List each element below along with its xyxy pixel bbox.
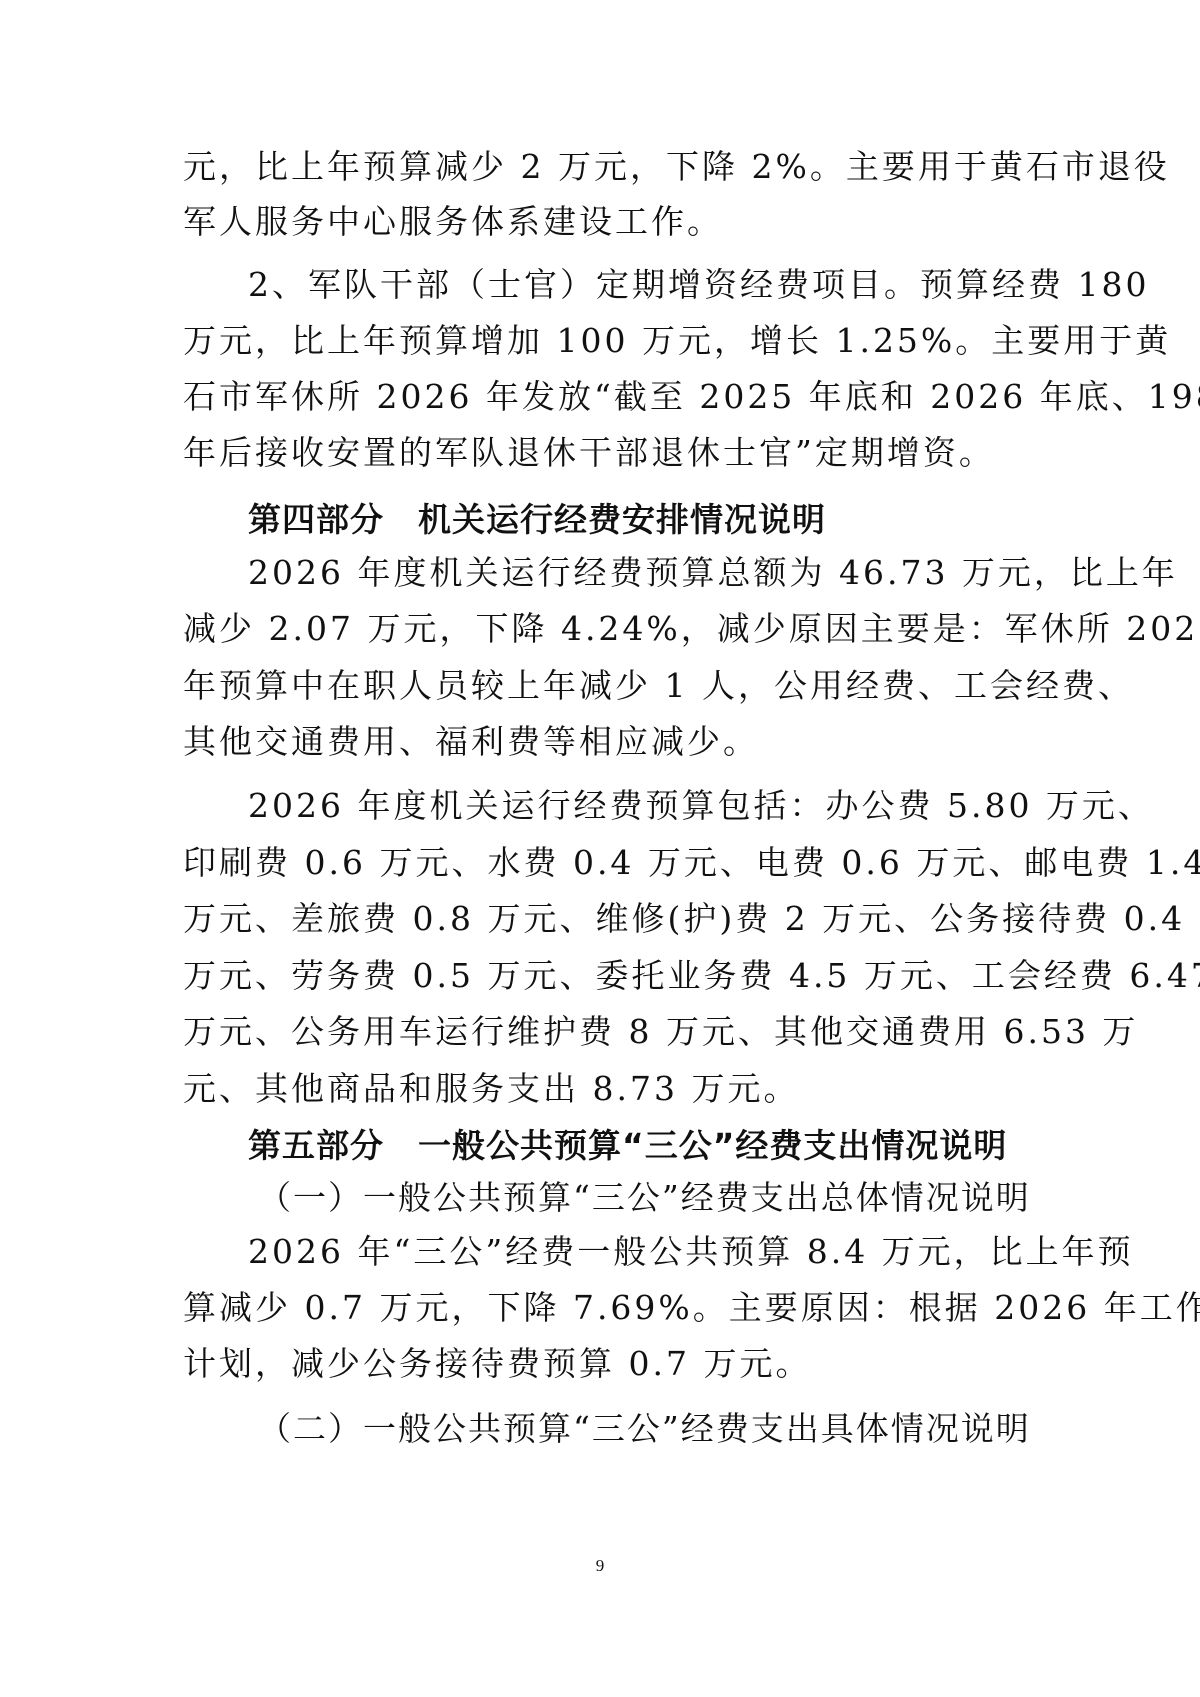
- page-number: 9: [0, 1556, 1200, 1576]
- paragraph-line: 万元、公务用车运行维护费 8 万元、其他交通费用 6.53 万: [183, 1012, 1023, 1052]
- paragraph-line: 军人服务中心服务体系建设工作。: [183, 202, 1023, 242]
- paragraph-line: 万元、差旅费 0.8 万元、维修(护)费 2 万元、公务接待费 0.4: [183, 899, 1023, 939]
- sub-heading-overall: （一）一般公共预算“三公”经费支出总体情况说明: [258, 1178, 988, 1218]
- document-page: 元，比上年预算减少 2 万元，下降 2%。主要用于黄石市退役 军人服务中心服务体…: [0, 0, 1200, 1697]
- paragraph-line: 2026 年度机关运行经费预算包括：办公费 5.80 万元、: [248, 786, 1023, 826]
- sub-heading-detail: （二）一般公共预算“三公”经费支出具体情况说明: [258, 1409, 988, 1449]
- paragraph-line: 算减少 0.7 万元，下降 7.69%。主要原因：根据 2026 年工作: [183, 1288, 1023, 1328]
- paragraph-line: 万元，比上年预算增加 100 万元，增长 1.25%。主要用于黄: [183, 321, 1023, 361]
- paragraph-line: 石市军休所 2026 年发放“截至 2025 年底和 2026 年底、1984: [183, 377, 1023, 417]
- paragraph-line: 计划，减少公务接待费预算 0.7 万元。: [183, 1344, 1023, 1384]
- paragraph-line: 2026 年“三公”经费一般公共预算 8.4 万元，比上年预: [248, 1232, 1023, 1272]
- paragraph-line: 元、其他商品和服务支出 8.73 万元。: [183, 1069, 1023, 1109]
- paragraph-line: 减少 2.07 万元，下降 4.24%，减少原因主要是：军休所 2026: [183, 609, 1023, 649]
- paragraph-line: 年预算中在职人员较上年减少 1 人，公用经费、工会经费、: [183, 666, 1023, 706]
- paragraph-line: 2026 年度机关运行经费预算总额为 46.73 万元，比上年: [248, 553, 1023, 593]
- paragraph-line: 年后接收安置的军队退休干部退休士官”定期增资。: [183, 433, 1023, 473]
- paragraph-line: 印刷费 0.6 万元、水费 0.4 万元、电费 0.6 万元、邮电费 1.4: [183, 843, 1023, 883]
- paragraph-line: 2、军队干部（士官）定期增资经费项目。预算经费 180: [248, 265, 1023, 305]
- section-heading-part-five: 第五部分 一般公共预算“三公”经费支出情况说明: [248, 1126, 1023, 1166]
- section-heading-part-four: 第四部分 机关运行经费安排情况说明: [248, 500, 1023, 540]
- paragraph-line: 万元、劳务费 0.5 万元、委托业务费 4.5 万元、工会经费 6.47: [183, 956, 1023, 996]
- paragraph-line: 元，比上年预算减少 2 万元，下降 2%。主要用于黄石市退役: [183, 147, 1023, 187]
- paragraph-line: 其他交通费用、福利费等相应减少。: [183, 722, 1023, 762]
